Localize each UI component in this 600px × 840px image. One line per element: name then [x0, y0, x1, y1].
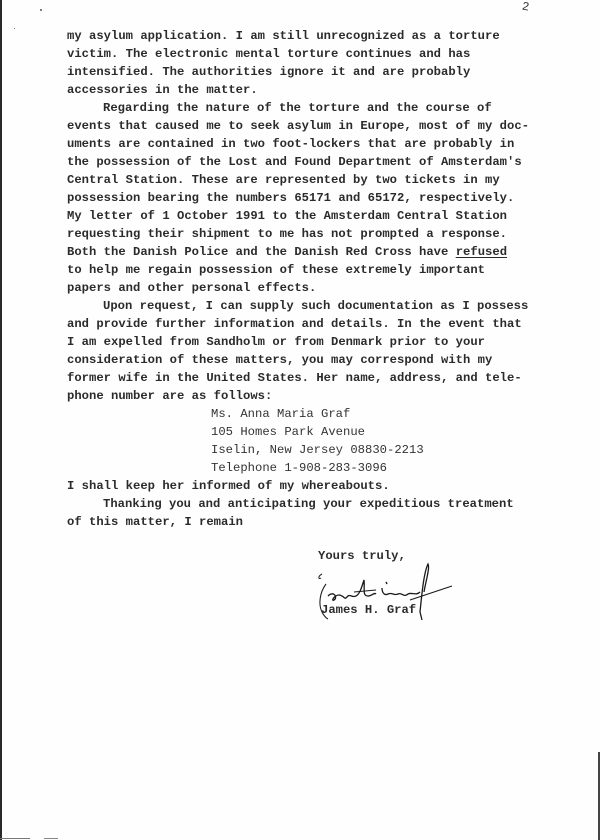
letter-line-text: Central Station. These are represented b… [67, 173, 500, 187]
page-number: 2 [521, 0, 531, 15]
letter-line: Upon request, I can supply such document… [67, 297, 587, 315]
letter-line-text: possession bearing the numbers 65171 and… [67, 191, 514, 205]
letter-line-text: Thanking you and anticipating your exped… [103, 497, 514, 511]
letter-line: I am expelled from Sandholm or from Denm… [67, 333, 587, 351]
letter-line-text: Ms. Anna Maria Graf [211, 407, 350, 421]
signer-name: James H. Graf [321, 603, 416, 617]
letter-line: events that caused me to seek asylum in … [67, 117, 587, 135]
letter-line-text: Regarding the nature of the torture and … [103, 101, 492, 115]
letter-line: Both the Danish Police and the Danish Re… [67, 243, 587, 261]
letter-line: Central Station. These are represented b… [67, 171, 587, 189]
letter-line: Telephone 1-908-283-3096 [67, 459, 587, 477]
letter-line: former wife in the United States. Her na… [67, 369, 587, 387]
letter-line: Iselin, New Jersey 08830-2213 [67, 441, 587, 459]
letter-line-text: my asylum application. I am still unreco… [67, 29, 500, 43]
letter-line-text: I shall keep her informed of my whereabo… [67, 479, 390, 493]
letter-line: accessories in the matter. [67, 81, 587, 99]
letter-line-text: Both the Danish Police and the Danish Re… [67, 245, 456, 259]
letter-line: victim. The electronic mental torture co… [67, 45, 587, 63]
letter-body: my asylum application. I am still unreco… [67, 27, 587, 531]
letter-line: and provide further information and deta… [67, 315, 587, 333]
letter-line: possession bearing the numbers 65171 and… [67, 189, 587, 207]
scan-bottom-mark [44, 838, 58, 839]
letter-line-text: requesting their shipment to me has not … [67, 227, 507, 241]
letter-line-text: phone number are as follows: [67, 389, 272, 403]
letter-line: requesting their shipment to me has not … [67, 225, 587, 243]
letter-line-text: the possession of the Lost and Found Dep… [67, 155, 522, 169]
document-page: 2 my asylum application. I am still unre… [0, 0, 600, 840]
letter-line-text: former wife in the United States. Her na… [67, 371, 522, 385]
letter-line-text: victim. The electronic mental torture co… [67, 47, 470, 61]
letter-line-text: events that caused me to seek asylum in … [67, 119, 529, 133]
letter-line-text: accessories in the matter. [67, 83, 258, 97]
letter-line: I shall keep her informed of my whereabo… [67, 477, 587, 495]
letter-line-text: My letter of 1 October 1991 to the Amste… [67, 209, 507, 223]
scan-speck [40, 9, 42, 11]
letter-line-text: and provide further information and deta… [67, 317, 522, 331]
letter-line: uments are contained in two foot-lockers… [67, 135, 587, 153]
letter-line: the possession of the Lost and Found Dep… [67, 153, 587, 171]
letter-line: 105 Homes Park Avenue [67, 423, 587, 441]
letter-line-text: intensified. The authorities ignore it a… [67, 65, 470, 79]
letter-line: Ms. Anna Maria Graf [67, 405, 587, 423]
letter-line: consideration of these matters, you may … [67, 351, 587, 369]
letter-line: papers and other personal effects. [67, 279, 587, 297]
letter-line: My letter of 1 October 1991 to the Amste… [67, 207, 587, 225]
letter-line-text: uments are contained in two foot-lockers… [67, 137, 514, 151]
closing-salutation: Yours truly, [318, 549, 406, 563]
letter-line: phone number are as follows: [67, 387, 587, 405]
scan-speck [14, 28, 15, 29]
letter-line-text: Telephone 1-908-283-3096 [211, 461, 387, 475]
letter-line-text: 105 Homes Park Avenue [211, 425, 365, 439]
letter-line: my asylum application. I am still unreco… [67, 27, 587, 45]
letter-line-text: papers and other personal effects. [67, 281, 316, 295]
scan-left-edge [0, 0, 2, 840]
scan-bottom-mark [0, 838, 30, 839]
letter-line-text: Iselin, New Jersey 08830-2213 [211, 443, 424, 457]
letter-line: to help me regain possession of these ex… [67, 261, 587, 279]
letter-line: Regarding the nature of the torture and … [67, 99, 587, 117]
letter-line: intensified. The authorities ignore it a… [67, 63, 587, 81]
letter-line-text: I am expelled from Sandholm or from Denm… [67, 335, 485, 349]
letter-line-text: of this matter, I remain [67, 515, 243, 529]
letter-line-text: Upon request, I can supply such document… [103, 299, 528, 313]
underlined-word: refused [456, 245, 507, 259]
letter-line-text: consideration of these matters, you may … [67, 353, 492, 367]
letter-line: Thanking you and anticipating your exped… [67, 495, 587, 513]
letter-line-text: to help me regain possession of these ex… [67, 263, 485, 277]
letter-line: of this matter, I remain [67, 513, 587, 531]
